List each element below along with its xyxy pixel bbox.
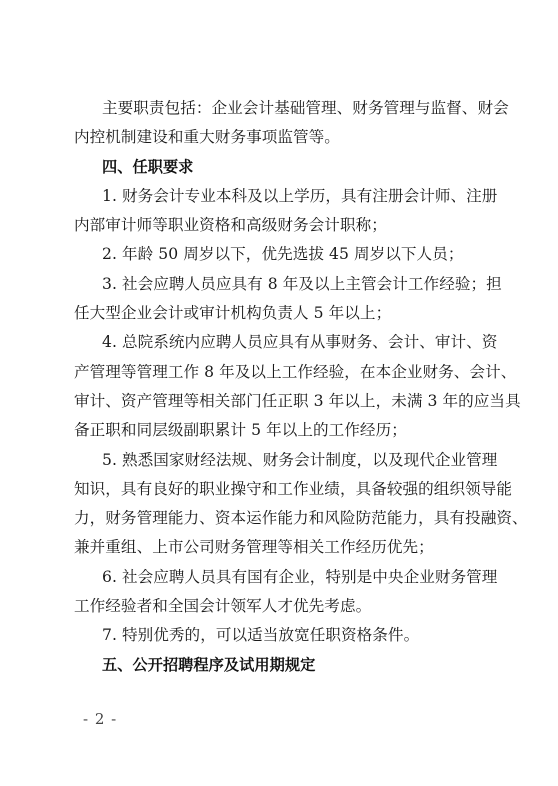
paragraph-line: 内部审计师等职业资格和高级财务会计职称； xyxy=(74,211,470,240)
requirement-item-3: 3. 社会应聘人员应具有 8 年及以上主管会计工作经验；担 xyxy=(74,270,470,299)
document-body: 主要职责包括：企业会计基础管理、财务管理与监督、财会 内控机制建设和重大财务事项… xyxy=(74,94,470,680)
requirement-item-6: 6. 社会应聘人员具有国有企业，特别是中央企业财务管理 xyxy=(74,563,470,592)
paragraph-line: 产管理等管理工作 8 年及以上工作经验，在本企业财务、会计、 xyxy=(74,358,470,387)
section-heading-recruitment-procedure: 五、公开招聘程序及试用期规定 xyxy=(74,651,470,680)
requirement-item-2: 2. 年龄 50 周岁以下，优先选拔 45 周岁以下人员； xyxy=(74,240,470,269)
document-page: 主要职责包括：企业会计基础管理、财务管理与监督、财会 内控机制建设和重大财务事项… xyxy=(0,0,558,786)
paragraph-line: 内控机制建设和重大财务事项监管等。 xyxy=(74,123,470,152)
paragraph-line: 兼并重组、上市公司财务管理等相关工作经历优先； xyxy=(74,533,470,562)
paragraph-line: 工作经验者和全国会计领军人才优先考虑。 xyxy=(74,592,470,621)
paragraph-line-duties: 主要职责包括：企业会计基础管理、财务管理与监督、财会 xyxy=(74,94,470,123)
paragraph-line: 任大型企业会计或审计机构负责人 5 年以上； xyxy=(74,299,470,328)
requirement-item-4: 4. 总院系统内应聘人员应具有从事财务、会计、审计、资 xyxy=(74,328,470,357)
paragraph-line: 审计、资产管理等相关部门任正职 3 年以上，未满 3 年的应当具 xyxy=(74,387,470,416)
paragraph-line: 力，财务管理能力、资本运作能力和风险防范能力，具有投融资、 xyxy=(74,504,470,533)
paragraph-line: 知识，具有良好的职业操守和工作业绩，具备较强的组织领导能 xyxy=(74,475,470,504)
requirement-item-7: 7. 特别优秀的，可以适当放宽任职资格条件。 xyxy=(74,621,470,650)
requirement-item-1: 1. 财务会计专业本科及以上学历，具有注册会计师、注册 xyxy=(74,182,470,211)
page-number: - 2 - xyxy=(83,710,117,728)
paragraph-line: 备正职和同层级副职累计 5 年以上的工作经历； xyxy=(74,416,470,445)
requirement-item-5: 5. 熟悉国家财经法规、财务会计制度，以及现代企业管理 xyxy=(74,446,470,475)
section-heading-requirements: 四、任职要求 xyxy=(74,153,470,182)
